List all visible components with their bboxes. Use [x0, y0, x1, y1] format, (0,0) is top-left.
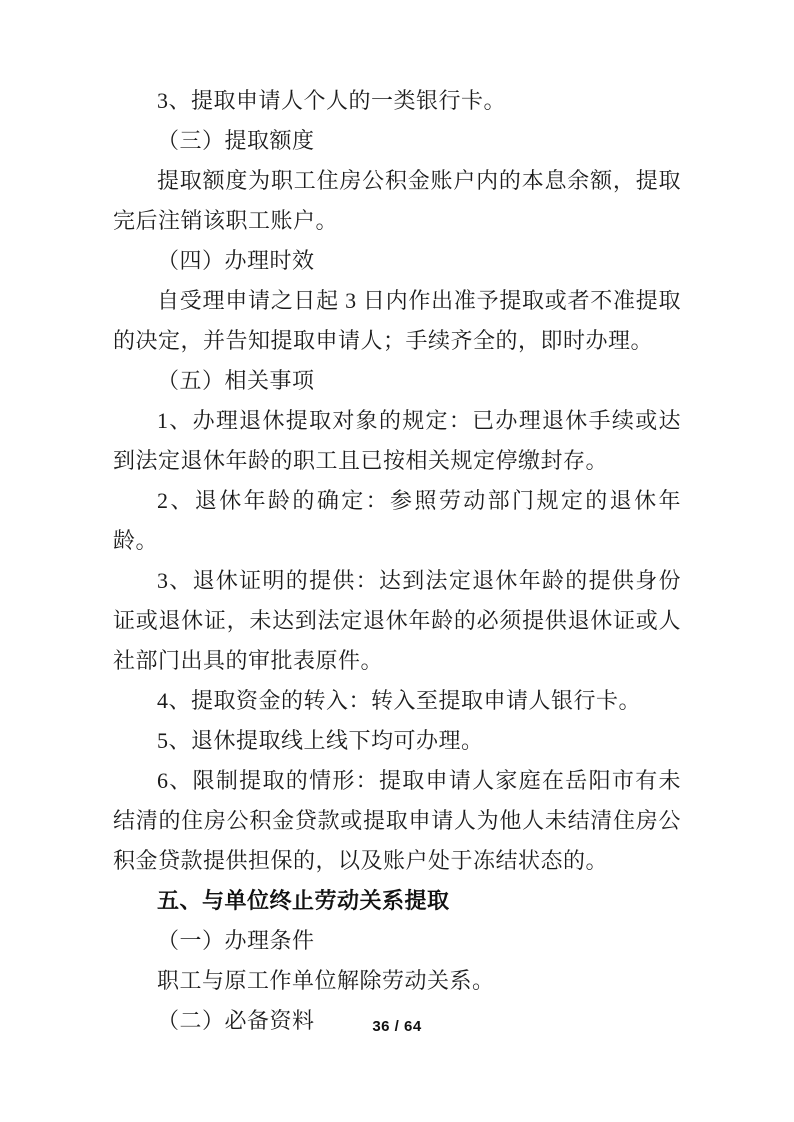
section-heading: 五、与单位终止劳动关系提取	[113, 881, 681, 921]
page-number: 36 / 64	[372, 1018, 421, 1035]
document-page: 3、提取申请人个人的一类银行卡。（三）提取额度提取额度为职工住房公积金账户内的本…	[0, 0, 794, 1122]
paragraph: 自受理申请之日起 3 日内作出准予提取或者不准提取的决定，并告知提取申请人；手续…	[113, 281, 681, 361]
paragraph: （三）提取额度	[113, 121, 681, 161]
paragraph: （五）相关事项	[113, 361, 681, 401]
paragraph: 1、办理退休提取对象的规定：已办理退休手续或达到法定退休年龄的职工且已按相关规定…	[113, 401, 681, 481]
paragraph: 职工与原工作单位解除劳动关系。	[113, 961, 681, 1001]
paragraph: （一）办理条件	[113, 921, 681, 961]
paragraph: 5、退休提取线上线下均可办理。	[113, 721, 681, 761]
paragraph: 3、退休证明的提供：达到法定退休年龄的提供身份证或退休证，未达到法定退休年龄的必…	[113, 561, 681, 681]
paragraph: 6、限制提取的情形：提取申请人家庭在岳阳市有未结清的住房公积金贷款或提取申请人为…	[113, 761, 681, 881]
paragraph: 提取额度为职工住房公积金账户内的本息余额，提取完后注销该职工账户。	[113, 161, 681, 241]
document-body: 3、提取申请人个人的一类银行卡。（三）提取额度提取额度为职工住房公积金账户内的本…	[113, 81, 681, 1041]
page-footer: 36 / 64	[0, 1018, 794, 1036]
paragraph: 2、退休年龄的确定：参照劳动部门规定的退休年龄。	[113, 481, 681, 561]
paragraph: （四）办理时效	[113, 241, 681, 281]
paragraph: 3、提取申请人个人的一类银行卡。	[113, 81, 681, 121]
paragraph: 4、提取资金的转入：转入至提取申请人银行卡。	[113, 681, 681, 721]
